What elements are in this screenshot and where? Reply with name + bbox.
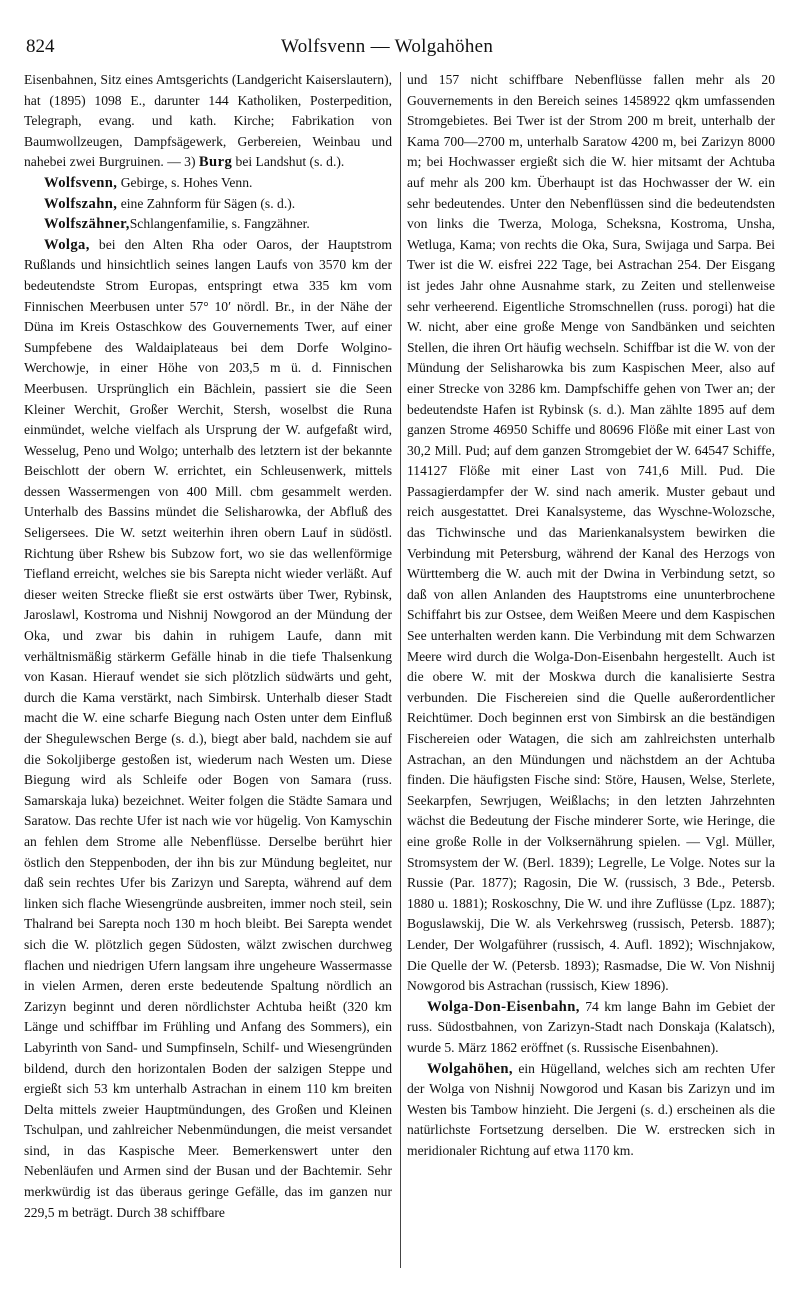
entry-wolfszaehner: Wolfszähner,Schlangenfamilie, s. Fangzäh…: [24, 214, 392, 235]
entry-text: Gebirge, s. Hohes Venn.: [117, 175, 252, 190]
continuation-paragraph: Eisenbahnen, Sitz eines Amtsgerichts (La…: [24, 70, 392, 173]
entry-text: eine Zahnform für Sägen (s. d.).: [117, 196, 295, 211]
bold-term: Burg: [199, 154, 232, 170]
paragraph-text: bei Landshut (s. d.).: [232, 154, 344, 169]
continuation-paragraph: und 157 nicht schiffbare Nebenflüsse fal…: [407, 70, 775, 997]
entry-wolga: Wolga, bei den Alten Rha oder Oaros, der…: [24, 235, 392, 1224]
column-divider: [400, 72, 401, 1268]
headword: Wolfszähner,: [44, 216, 130, 232]
entry-text: bei den Alten Rha oder Oaros, der Haupts…: [24, 237, 392, 1220]
left-column: Eisenbahnen, Sitz eines Amtsgerichts (La…: [24, 70, 392, 1223]
headword: Wolga,: [44, 237, 90, 253]
page-number: 824: [26, 36, 55, 58]
entry-wolfsvenn: Wolfsvenn, Gebirge, s. Hohes Venn.: [24, 173, 392, 194]
headword: Wolfszahn,: [44, 196, 117, 212]
headword: Wolgahöhen,: [427, 1061, 513, 1077]
running-head: Wolfsvenn — Wolgahöhen: [281, 36, 493, 58]
entry-text: Schlangenfamilie, s. Fangzähner.: [130, 216, 310, 231]
headword: Wolga-Don-Eisenbahn,: [427, 999, 580, 1015]
entry-wolga-don-eisenbahn: Wolga-Don-Eisenbahn, 74 km lange Bahn im…: [407, 997, 775, 1059]
entry-wolfszahn: Wolfszahn, eine Zahnform für Sägen (s. d…: [24, 194, 392, 215]
headword: Wolfsvenn,: [44, 175, 117, 191]
page-header: 824 Wolfsvenn — Wolgahöhen: [26, 36, 770, 62]
right-column: und 157 nicht schiffbare Nebenflüsse fal…: [407, 70, 775, 1161]
text-columns: Eisenbahnen, Sitz eines Amtsgerichts (La…: [24, 70, 776, 1270]
paragraph-text: und 157 nicht schiffbare Nebenflüsse fal…: [407, 72, 775, 993]
entry-wolgahoehen: Wolgahöhen, ein Hügelland, welches sich …: [407, 1059, 775, 1162]
